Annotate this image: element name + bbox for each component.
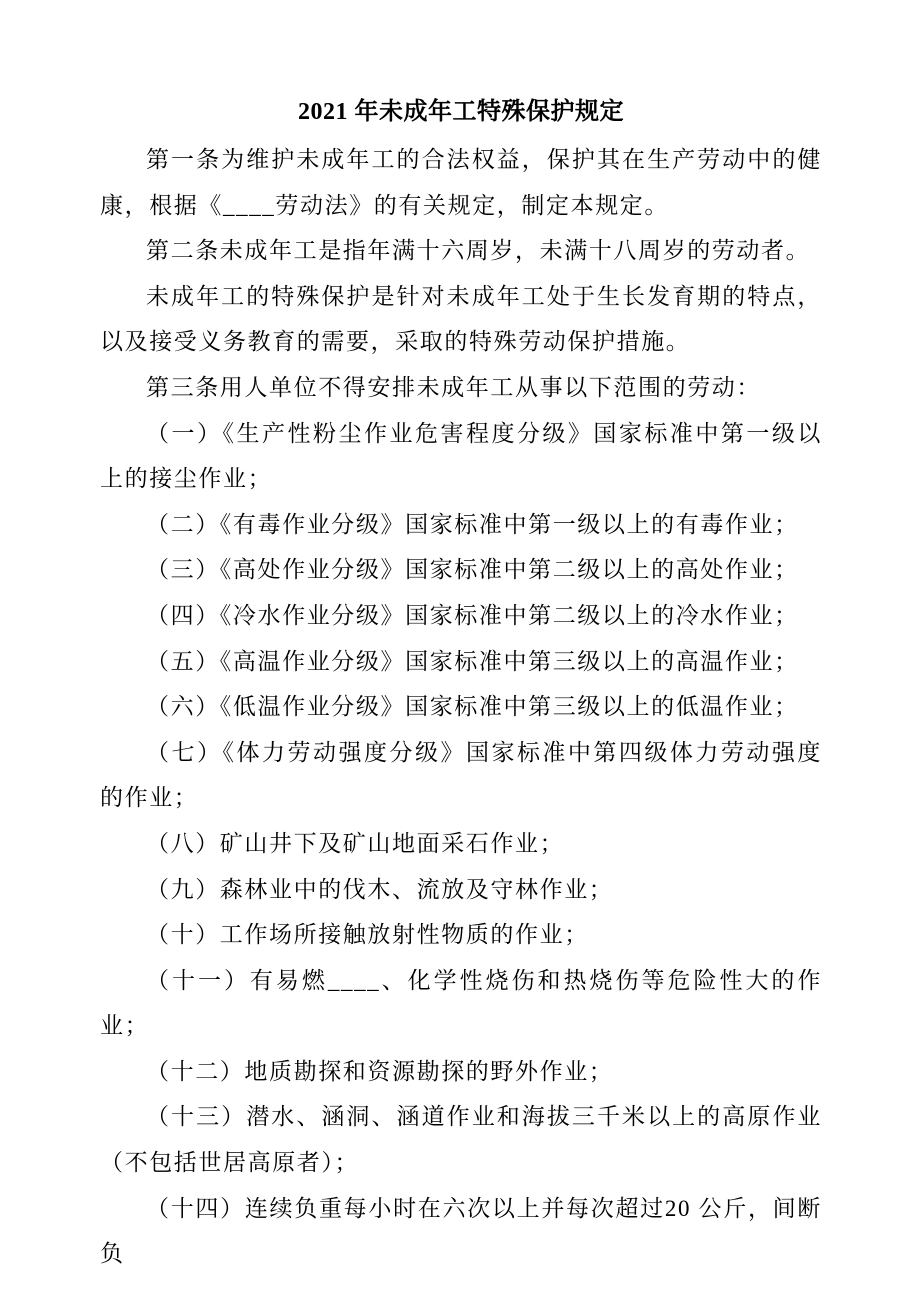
paragraph-item-6: （六）《低温作业分级》国家标准中第三级以上的低温作业； xyxy=(100,684,822,730)
paragraph-article-3: 第三条用人单位不得安排未成年工从事以下范围的劳动： xyxy=(100,365,822,411)
paragraph-item-7: （七）《体力劳动强度分级》国家标准中第四级体力劳动强度的作业； xyxy=(100,730,822,821)
paragraph-article-1: 第一条为维护未成年工的合法权益，保护其在生产劳动中的健康，根据《____劳动法》… xyxy=(100,137,822,228)
paragraph-article-2-continuation: 未成年工的特殊保护是针对未成年工处于生长发育期的特点，以及接受义务教育的需要，采… xyxy=(100,274,822,365)
paragraph-article-2: 第二条未成年工是指年满十六周岁，未满十八周岁的劳动者。 xyxy=(100,228,822,274)
paragraph-item-12: （十二）地质勘探和资源勘探的野外作业； xyxy=(100,1049,822,1095)
paragraph-item-2: （二）《有毒作业分级》国家标准中第一级以上的有毒作业； xyxy=(100,502,822,548)
paragraph-item-10: （十）工作场所接触放射性物质的作业； xyxy=(100,912,822,958)
paragraph-item-3: （三）《高处作业分级》国家标准中第二级以上的高处作业； xyxy=(100,547,822,593)
document-title: 2021 年未成年工特殊保护规定 xyxy=(100,89,822,135)
paragraph-item-5: （五）《高温作业分级》国家标准中第三级以上的高温作业； xyxy=(100,639,822,685)
paragraph-item-1: （一）《生产性粉尘作业危害程度分级》国家标准中第一级以上的接尘作业； xyxy=(100,411,822,502)
document-page: 2021 年未成年工特殊保护规定 第一条为维护未成年工的合法权益，保护其在生产劳… xyxy=(0,0,920,1301)
paragraph-item-13: （十三）潜水、涵洞、涵道作业和海拔三千米以上的高原作业（不包括世居高原者）； xyxy=(100,1094,822,1185)
paragraph-item-9: （九）森林业中的伐木、流放及守林作业； xyxy=(100,867,822,913)
paragraph-item-4: （四）《冷水作业分级》国家标准中第二级以上的冷水作业； xyxy=(100,593,822,639)
paragraph-item-8: （八）矿山井下及矿山地面采石作业； xyxy=(100,821,822,867)
paragraph-item-11: （十一）有易燃____、化学性烧伤和热烧伤等危险性大的作业； xyxy=(100,958,822,1049)
paragraph-item-14: （十四）连续负重每小时在六次以上并每次超过20 公斤，间断负 xyxy=(100,1186,822,1277)
